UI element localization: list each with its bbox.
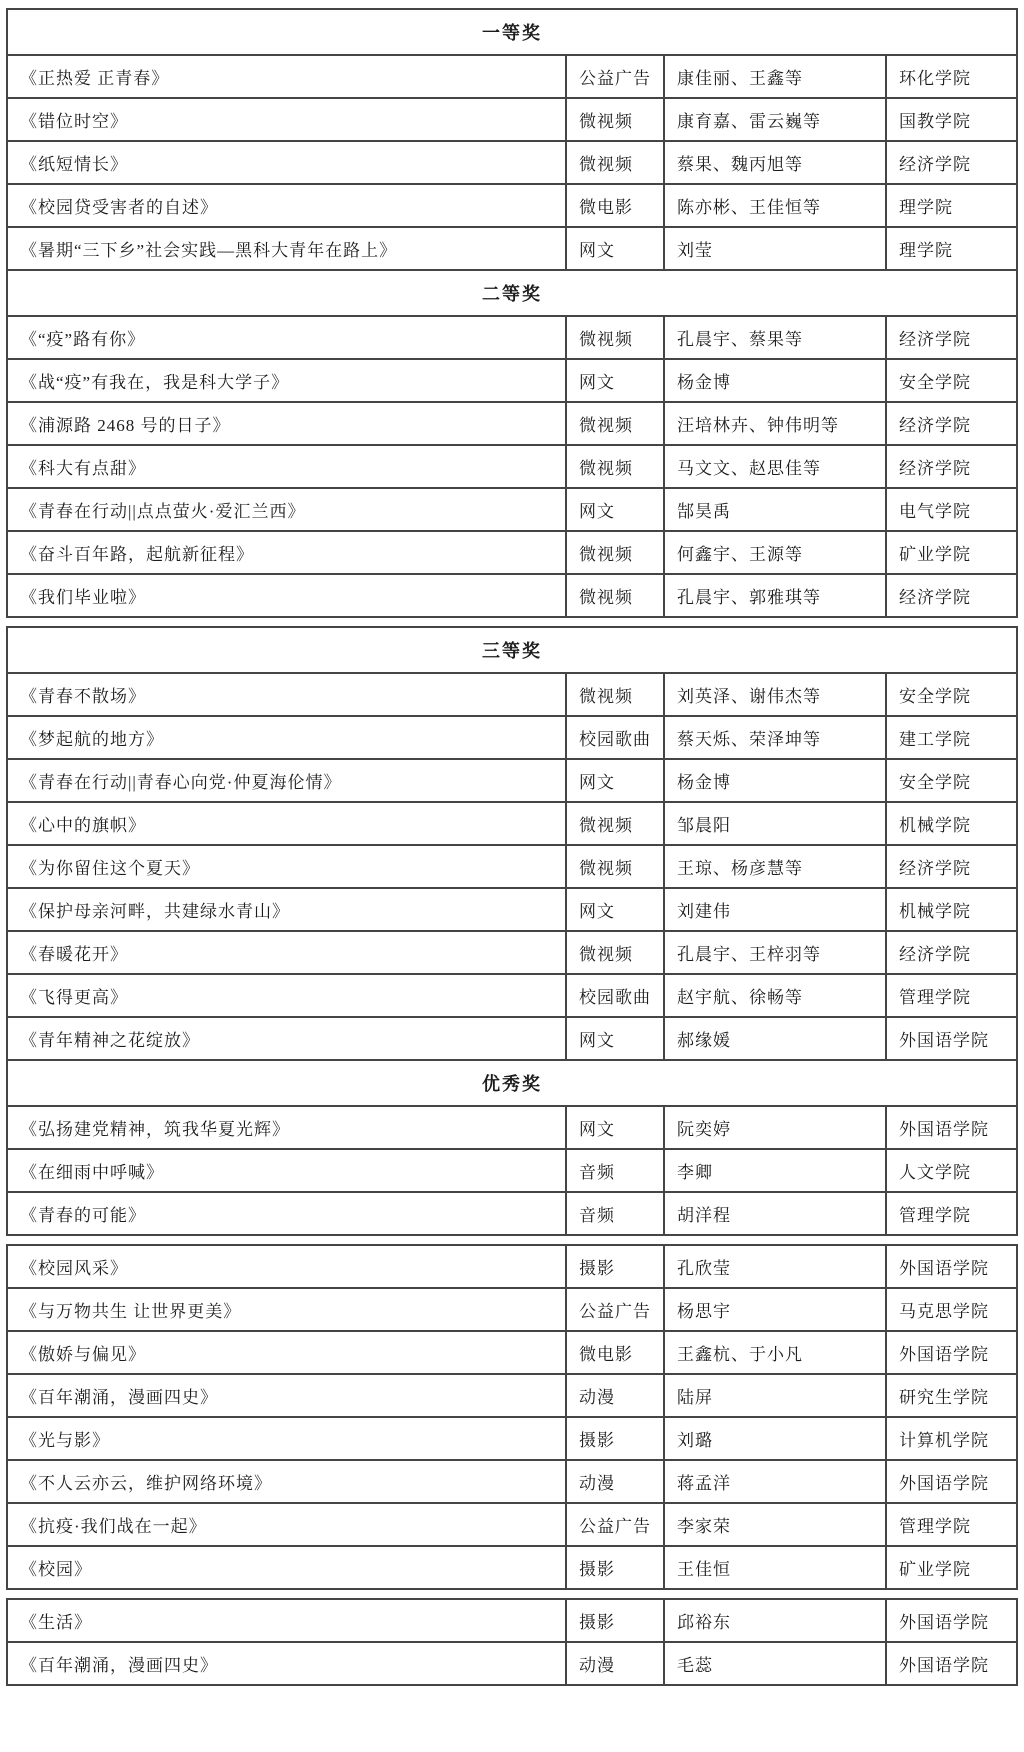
authors-cell: 邹晨阳 (664, 802, 886, 845)
authors-cell: 陆屏 (664, 1374, 886, 1417)
work-title-cell: 《与万物共生 让世界更美》 (7, 1288, 566, 1331)
college-cell: 经济学院 (886, 402, 1017, 445)
table-row: 《心中的旗帜》微视频邹晨阳机械学院 (7, 802, 1017, 845)
authors-cell: 郜昊禹 (664, 488, 886, 531)
college-cell: 理学院 (886, 227, 1017, 270)
authors-cell: 何鑫宇、王源等 (664, 531, 886, 574)
college-cell: 经济学院 (886, 574, 1017, 617)
work-title-cell: 《正热爱 正青春》 (7, 55, 566, 98)
college-cell: 机械学院 (886, 888, 1017, 931)
authors-cell: 邱裕东 (664, 1599, 886, 1642)
authors-cell: 刘英泽、谢伟杰等 (664, 673, 886, 716)
award-table-block: 《生活》摄影邱裕东外国语学院《百年潮涌，漫画四史》动漫毛蕊外国语学院 (6, 1598, 1018, 1686)
category-cell: 微视频 (566, 316, 664, 359)
category-cell: 网文 (566, 1017, 664, 1060)
table-row: 《不人云亦云，维护网络环境》动漫蒋孟洋外国语学院 (7, 1460, 1017, 1503)
award-table-block: 一等奖《正热爱 正青春》公益广告康佳丽、王鑫等环化学院《错位时空》微视频康育嘉、… (6, 8, 1018, 618)
college-cell: 外国语学院 (886, 1599, 1017, 1642)
table-row: 《光与影》摄影刘璐计算机学院 (7, 1417, 1017, 1460)
authors-cell: 毛蕊 (664, 1642, 886, 1685)
work-title-cell: 《春暖花开》 (7, 931, 566, 974)
category-cell: 微视频 (566, 574, 664, 617)
authors-cell: 蔡天烁、荣泽坤等 (664, 716, 886, 759)
category-cell: 微视频 (566, 445, 664, 488)
college-cell: 外国语学院 (886, 1331, 1017, 1374)
authors-cell: 王佳恒 (664, 1546, 886, 1589)
college-cell: 安全学院 (886, 759, 1017, 802)
college-cell: 机械学院 (886, 802, 1017, 845)
category-cell: 动漫 (566, 1642, 664, 1685)
college-cell: 建工学院 (886, 716, 1017, 759)
authors-cell: 李家荣 (664, 1503, 886, 1546)
category-cell: 摄影 (566, 1599, 664, 1642)
authors-cell: 康佳丽、王鑫等 (664, 55, 886, 98)
college-cell: 矿业学院 (886, 1546, 1017, 1589)
category-cell: 公益广告 (566, 1503, 664, 1546)
table-row: 《青春不散场》微视频刘英泽、谢伟杰等安全学院 (7, 673, 1017, 716)
work-title-cell: 《奋斗百年路，起航新征程》 (7, 531, 566, 574)
category-cell: 微视频 (566, 402, 664, 445)
section-header-row: 优秀奖 (7, 1060, 1017, 1106)
authors-cell: 王鑫杭、于小凡 (664, 1331, 886, 1374)
college-cell: 矿业学院 (886, 531, 1017, 574)
college-cell: 外国语学院 (886, 1460, 1017, 1503)
category-cell: 微视频 (566, 931, 664, 974)
authors-cell: 孔晨宇、郭雅琪等 (664, 574, 886, 617)
college-cell: 计算机学院 (886, 1417, 1017, 1460)
authors-cell: 杨思宇 (664, 1288, 886, 1331)
table-row: 《弘扬建党精神，筑我华夏光辉》网文阮奕婷外国语学院 (7, 1106, 1017, 1149)
table-row: 《校园风采》摄影孔欣莹外国语学院 (7, 1245, 1017, 1288)
college-cell: 管理学院 (886, 974, 1017, 1017)
work-title-cell: 《傲娇与偏见》 (7, 1331, 566, 1374)
category-cell: 摄影 (566, 1546, 664, 1589)
authors-cell: 孔欣莹 (664, 1245, 886, 1288)
authors-cell: 胡洋程 (664, 1192, 886, 1235)
work-title-cell: 《校园》 (7, 1546, 566, 1589)
authors-cell: 赵宇航、徐畅等 (664, 974, 886, 1017)
college-cell: 外国语学院 (886, 1245, 1017, 1288)
table-row: 《春暖花开》微视频孔晨宇、王梓羽等经济学院 (7, 931, 1017, 974)
table-row: 《校园》摄影王佳恒矿业学院 (7, 1546, 1017, 1589)
work-title-cell: 《弘扬建党精神，筑我华夏光辉》 (7, 1106, 566, 1149)
table-row: 《校园贷受害者的自述》微电影陈亦彬、王佳恒等理学院 (7, 184, 1017, 227)
college-cell: 安全学院 (886, 673, 1017, 716)
work-title-cell: 《浦源路 2468 号的日子》 (7, 402, 566, 445)
category-cell: 公益广告 (566, 1288, 664, 1331)
category-cell: 摄影 (566, 1245, 664, 1288)
work-title-cell: 《青春不散场》 (7, 673, 566, 716)
work-title-cell: 《百年潮涌，漫画四史》 (7, 1642, 566, 1685)
table-row: 《在细雨中呼喊》音频李卿人文学院 (7, 1149, 1017, 1192)
authors-cell: 阮奕婷 (664, 1106, 886, 1149)
work-title-cell: 《校园风采》 (7, 1245, 566, 1288)
category-cell: 动漫 (566, 1460, 664, 1503)
category-cell: 校园歌曲 (566, 974, 664, 1017)
category-cell: 网文 (566, 488, 664, 531)
work-title-cell: 《青春在行动||点点萤火·爱汇兰西》 (7, 488, 566, 531)
college-cell: 研究生学院 (886, 1374, 1017, 1417)
table-row: 《飞得更高》校园歌曲赵宇航、徐畅等管理学院 (7, 974, 1017, 1017)
category-cell: 网文 (566, 888, 664, 931)
category-cell: 音频 (566, 1149, 664, 1192)
work-title-cell: 《百年潮涌，漫画四史》 (7, 1374, 566, 1417)
category-cell: 校园歌曲 (566, 716, 664, 759)
work-title-cell: 《校园贷受害者的自述》 (7, 184, 566, 227)
college-cell: 马克思学院 (886, 1288, 1017, 1331)
authors-cell: 孔晨宇、蔡果等 (664, 316, 886, 359)
category-cell: 微视频 (566, 845, 664, 888)
authors-cell: 王琼、杨彦慧等 (664, 845, 886, 888)
section-header: 优秀奖 (7, 1060, 1017, 1106)
college-cell: 管理学院 (886, 1192, 1017, 1235)
work-title-cell: 《光与影》 (7, 1417, 566, 1460)
college-cell: 外国语学院 (886, 1017, 1017, 1060)
work-title-cell: 《战“疫”有我在，我是科大学子》 (7, 359, 566, 402)
table-row: 《战“疫”有我在，我是科大学子》网文杨金博安全学院 (7, 359, 1017, 402)
authors-cell: 李卿 (664, 1149, 886, 1192)
table-row: 《青春在行动||点点萤火·爱汇兰西》网文郜昊禹电气学院 (7, 488, 1017, 531)
table-row: 《梦起航的地方》校园歌曲蔡天烁、荣泽坤等建工学院 (7, 716, 1017, 759)
table-row: 《与万物共生 让世界更美》公益广告杨思宇马克思学院 (7, 1288, 1017, 1331)
section-header-row: 二等奖 (7, 270, 1017, 316)
award-table-block: 《校园风采》摄影孔欣莹外国语学院《与万物共生 让世界更美》公益广告杨思宇马克思学… (6, 1244, 1018, 1590)
table-row: 《青年精神之花绽放》网文郝缘媛外国语学院 (7, 1017, 1017, 1060)
section-header: 一等奖 (7, 9, 1017, 55)
table-row: 《生活》摄影邱裕东外国语学院 (7, 1599, 1017, 1642)
category-cell: 网文 (566, 227, 664, 270)
table-row: 《青春的可能》音频胡洋程管理学院 (7, 1192, 1017, 1235)
category-cell: 微电影 (566, 184, 664, 227)
work-title-cell: 《错位时空》 (7, 98, 566, 141)
college-cell: 安全学院 (886, 359, 1017, 402)
table-row: 《百年潮涌，漫画四史》动漫陆屏研究生学院 (7, 1374, 1017, 1417)
section-header-row: 三等奖 (7, 627, 1017, 673)
table-row: 《抗疫·我们战在一起》公益广告李家荣管理学院 (7, 1503, 1017, 1546)
table-row: 《百年潮涌，漫画四史》动漫毛蕊外国语学院 (7, 1642, 1017, 1685)
authors-cell: 杨金博 (664, 359, 886, 402)
category-cell: 微视频 (566, 98, 664, 141)
section-header: 三等奖 (7, 627, 1017, 673)
table-row: 《正热爱 正青春》公益广告康佳丽、王鑫等环化学院 (7, 55, 1017, 98)
authors-cell: 郝缘媛 (664, 1017, 886, 1060)
category-cell: 微视频 (566, 141, 664, 184)
work-title-cell: 《飞得更高》 (7, 974, 566, 1017)
awards-document: 一等奖《正热爱 正青春》公益广告康佳丽、王鑫等环化学院《错位时空》微视频康育嘉、… (0, 0, 1024, 1686)
category-cell: 摄影 (566, 1417, 664, 1460)
table-row: 《青春在行动||青春心向党·仲夏海伦情》网文杨金博安全学院 (7, 759, 1017, 802)
category-cell: 微视频 (566, 802, 664, 845)
work-title-cell: 《抗疫·我们战在一起》 (7, 1503, 566, 1546)
work-title-cell: 《生活》 (7, 1599, 566, 1642)
work-title-cell: 《青春的可能》 (7, 1192, 566, 1235)
authors-cell: 杨金博 (664, 759, 886, 802)
authors-cell: 汪培林卉、钟伟明等 (664, 402, 886, 445)
college-cell: 人文学院 (886, 1149, 1017, 1192)
category-cell: 音频 (566, 1192, 664, 1235)
category-cell: 网文 (566, 359, 664, 402)
category-cell: 网文 (566, 1106, 664, 1149)
college-cell: 理学院 (886, 184, 1017, 227)
work-title-cell: 《“疫”路有你》 (7, 316, 566, 359)
category-cell: 微电影 (566, 1331, 664, 1374)
college-cell: 国教学院 (886, 98, 1017, 141)
table-row: 《我们毕业啦》微视频孔晨宇、郭雅琪等经济学院 (7, 574, 1017, 617)
work-title-cell: 《我们毕业啦》 (7, 574, 566, 617)
category-cell: 微视频 (566, 531, 664, 574)
authors-cell: 蔡果、魏丙旭等 (664, 141, 886, 184)
work-title-cell: 《暑期“三下乡”社会实践—黑科大青年在路上》 (7, 227, 566, 270)
work-title-cell: 《心中的旗帜》 (7, 802, 566, 845)
authors-cell: 孔晨宇、王梓羽等 (664, 931, 886, 974)
college-cell: 外国语学院 (886, 1642, 1017, 1685)
table-row: 《纸短情长》微视频蔡果、魏丙旭等经济学院 (7, 141, 1017, 184)
table-row: 《“疫”路有你》微视频孔晨宇、蔡果等经济学院 (7, 316, 1017, 359)
college-cell: 管理学院 (886, 1503, 1017, 1546)
college-cell: 经济学院 (886, 931, 1017, 974)
authors-cell: 马文文、赵思佳等 (664, 445, 886, 488)
category-cell: 微视频 (566, 673, 664, 716)
authors-cell: 刘璐 (664, 1417, 886, 1460)
college-cell: 经济学院 (886, 316, 1017, 359)
table-row: 《保护母亲河畔，共建绿水青山》网文刘建伟机械学院 (7, 888, 1017, 931)
award-table-block: 三等奖《青春不散场》微视频刘英泽、谢伟杰等安全学院《梦起航的地方》校园歌曲蔡天烁… (6, 626, 1018, 1236)
table-row: 《傲娇与偏见》微电影王鑫杭、于小凡外国语学院 (7, 1331, 1017, 1374)
work-title-cell: 《为你留住这个夏天》 (7, 845, 566, 888)
category-cell: 动漫 (566, 1374, 664, 1417)
category-cell: 公益广告 (566, 55, 664, 98)
authors-cell: 刘建伟 (664, 888, 886, 931)
college-cell: 环化学院 (886, 55, 1017, 98)
category-cell: 网文 (566, 759, 664, 802)
authors-cell: 康育嘉、雷云巍等 (664, 98, 886, 141)
work-title-cell: 《保护母亲河畔，共建绿水青山》 (7, 888, 566, 931)
college-cell: 电气学院 (886, 488, 1017, 531)
table-row: 《奋斗百年路，起航新征程》微视频何鑫宇、王源等矿业学院 (7, 531, 1017, 574)
section-header-row: 一等奖 (7, 9, 1017, 55)
work-title-cell: 《科大有点甜》 (7, 445, 566, 488)
authors-cell: 蒋孟洋 (664, 1460, 886, 1503)
work-title-cell: 《青年精神之花绽放》 (7, 1017, 566, 1060)
college-cell: 经济学院 (886, 141, 1017, 184)
work-title-cell: 《青春在行动||青春心向党·仲夏海伦情》 (7, 759, 566, 802)
work-title-cell: 《不人云亦云，维护网络环境》 (7, 1460, 566, 1503)
college-cell: 外国语学院 (886, 1106, 1017, 1149)
work-title-cell: 《梦起航的地方》 (7, 716, 566, 759)
table-row: 《错位时空》微视频康育嘉、雷云巍等国教学院 (7, 98, 1017, 141)
authors-cell: 陈亦彬、王佳恒等 (664, 184, 886, 227)
authors-cell: 刘莹 (664, 227, 886, 270)
work-title-cell: 《在细雨中呼喊》 (7, 1149, 566, 1192)
work-title-cell: 《纸短情长》 (7, 141, 566, 184)
college-cell: 经济学院 (886, 845, 1017, 888)
table-row: 《为你留住这个夏天》微视频王琼、杨彦慧等经济学院 (7, 845, 1017, 888)
section-header: 二等奖 (7, 270, 1017, 316)
table-row: 《暑期“三下乡”社会实践—黑科大青年在路上》网文刘莹理学院 (7, 227, 1017, 270)
table-row: 《科大有点甜》微视频马文文、赵思佳等经济学院 (7, 445, 1017, 488)
college-cell: 经济学院 (886, 445, 1017, 488)
table-row: 《浦源路 2468 号的日子》微视频汪培林卉、钟伟明等经济学院 (7, 402, 1017, 445)
